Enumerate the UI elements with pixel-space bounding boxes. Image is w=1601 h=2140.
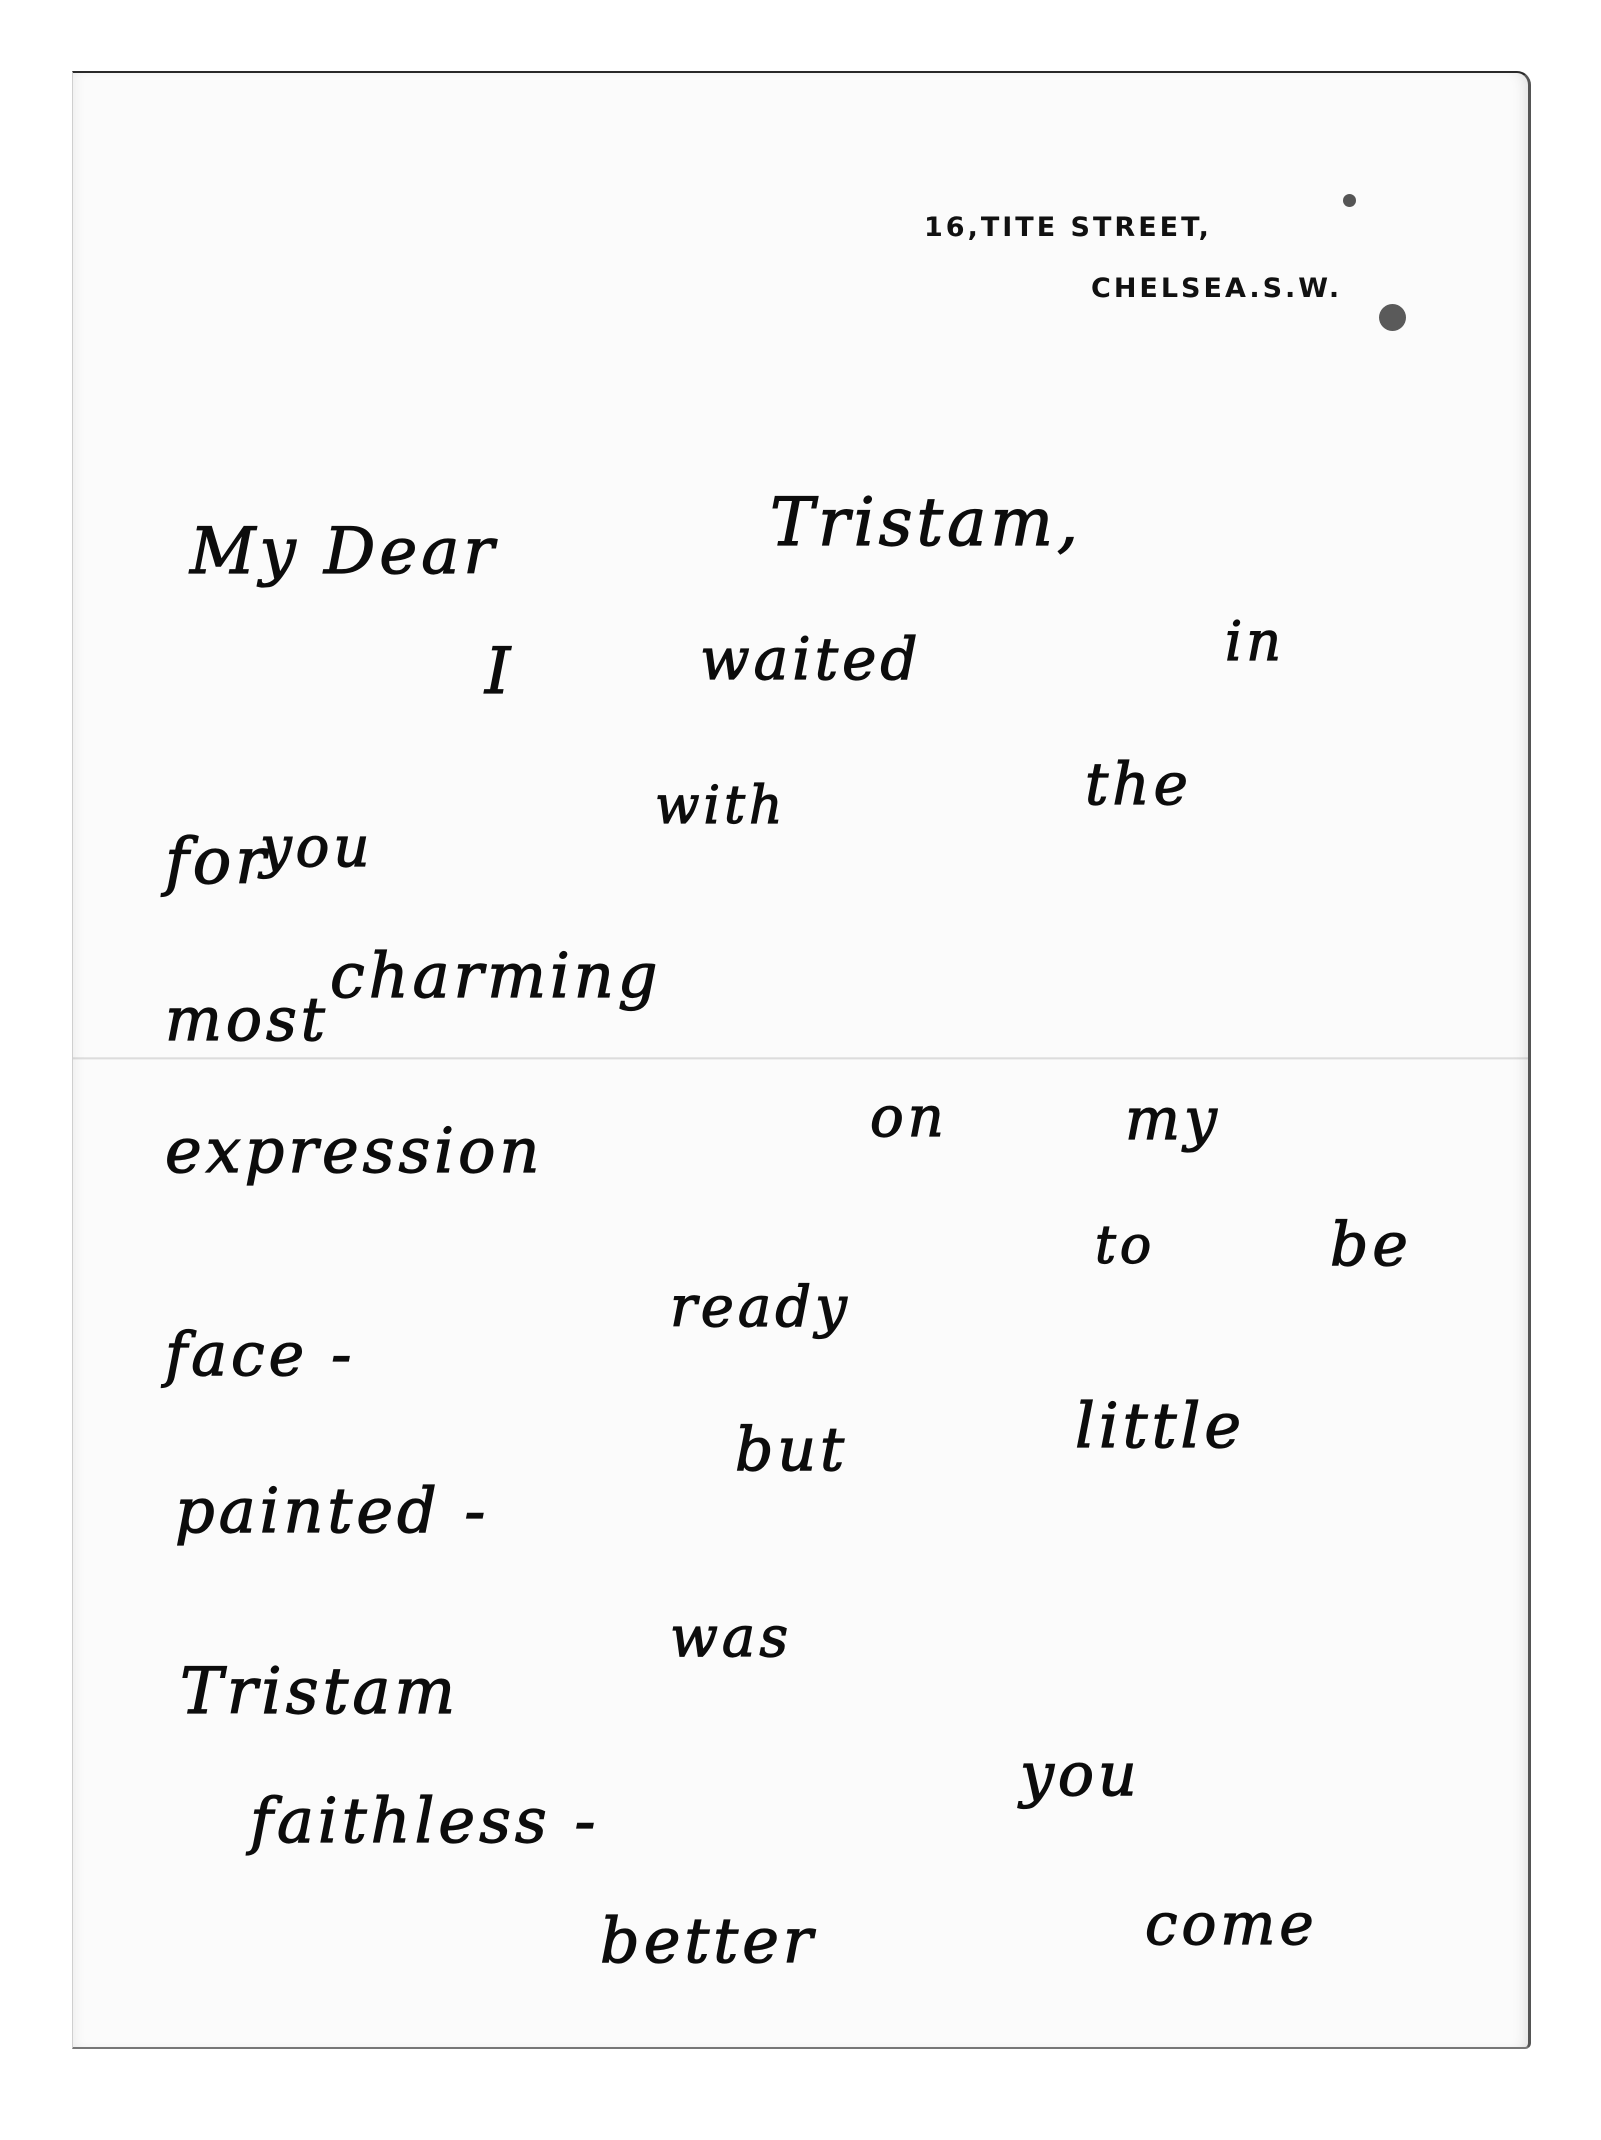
- word-painted: painted -: [175, 1480, 489, 1542]
- word-with: with: [655, 780, 787, 832]
- word-to: to: [1095, 1220, 1155, 1272]
- word-but: but: [735, 1420, 848, 1480]
- word-faithless: faithless -: [250, 1790, 599, 1852]
- salutation-my-dear: My Dear: [190, 520, 498, 584]
- word-on: on: [870, 1090, 948, 1146]
- word-expression: expression: [165, 1120, 543, 1182]
- ink-spot-large: [1379, 304, 1406, 331]
- word-come: come: [1145, 1895, 1318, 1953]
- salutation-name: Tristam,: [770, 490, 1082, 556]
- word-charming: charming: [330, 945, 662, 1007]
- word-little: little: [1075, 1395, 1245, 1457]
- word-be: be: [1330, 1215, 1412, 1275]
- word-waited: waited: [700, 630, 922, 688]
- word-the: the: [1085, 755, 1192, 813]
- word-you: you: [260, 820, 373, 876]
- letter-paper: [72, 71, 1531, 2049]
- word-in: in: [1225, 615, 1285, 669]
- letterhead-address-line1: 16,TITE STREET,: [924, 212, 1212, 243]
- word-was: was: [670, 1610, 792, 1666]
- word-most: most: [165, 990, 329, 1050]
- letterhead-address-line2: CHELSEA.S.W.: [1091, 273, 1342, 304]
- word-ready: ready: [670, 1280, 851, 1336]
- word-face: face -: [165, 1325, 355, 1385]
- paper-fold-line: [73, 1057, 1528, 1060]
- ink-spot-small: [1343, 194, 1356, 207]
- word-you-2: you: [1020, 1745, 1141, 1805]
- word-my: my: [1125, 1090, 1221, 1148]
- word-better: better: [600, 1910, 817, 1972]
- word-tristam: Tristam: [180, 1660, 459, 1724]
- word-for: for: [165, 830, 270, 894]
- word-i: I: [485, 640, 514, 704]
